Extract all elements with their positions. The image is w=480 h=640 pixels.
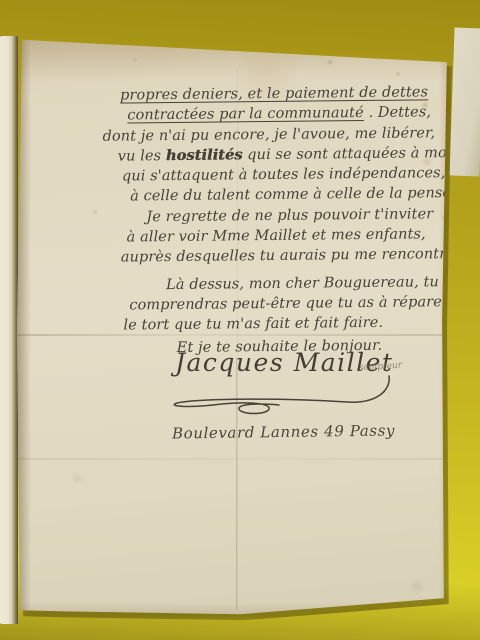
pencil-annotation: sculpteur	[359, 361, 403, 374]
signature-row: Jacques Maillet sculpteur	[17, 348, 449, 418]
handwritten-text-block: propres deniers, et le paiement de dette…	[17, 82, 452, 359]
letter-line: comprendras peut-être que tu as à répare…	[129, 292, 451, 316]
letter-photograph: propres deniers, et le paiement de dette…	[0, 0, 480, 640]
signature-flourish	[167, 374, 397, 416]
left-page-edge	[0, 36, 18, 624]
address-line: Boulevard Lannes 49 Passy	[172, 421, 395, 442]
horizontal-crease	[17, 458, 449, 460]
letter-line: le tort que tu m'as fait et fait faire.	[123, 312, 451, 336]
letter-paper: propres deniers, et le paiement de dette…	[17, 38, 449, 616]
letter-line: auprès desquelles tu aurais pu me rencon…	[121, 244, 451, 268]
letter-line: contractées par la communauté . Dettes,	[127, 102, 449, 126]
right-paper-scrap	[449, 28, 480, 177]
